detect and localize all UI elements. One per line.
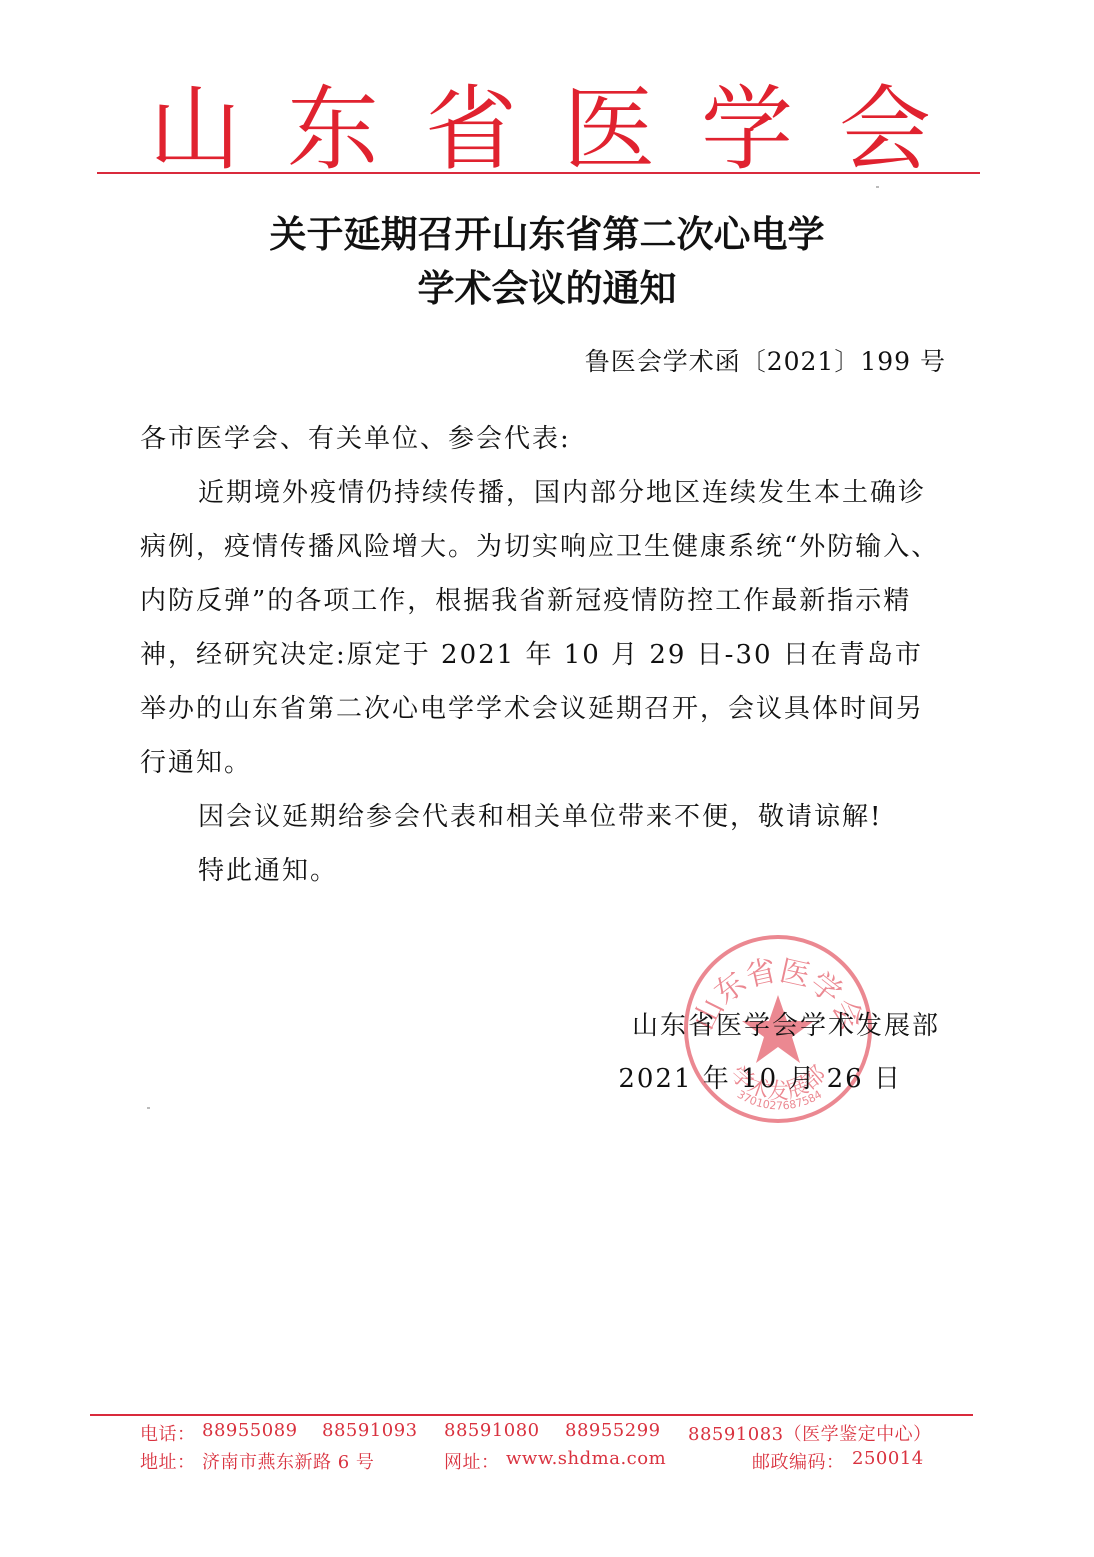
body-paragraph-main: 近期境外疫情仍持续传播，国内部分地区连续发生本土确诊病例，疫情传播风险增大。为切… (140, 466, 950, 790)
salutation-text: 各市医学会、有关单位、参会代表: (140, 412, 950, 466)
letterhead-divider (97, 172, 980, 174)
footer-phone-3: 88591080 (444, 1420, 540, 1441)
document-body: 近期境外疫情仍持续传播，国内部分地区连续发生本土确诊病例，疫情传播风险增大。为切… (140, 466, 950, 898)
letterhead-char: 医 (554, 84, 664, 176)
letterhead-char: 会 (830, 84, 940, 176)
document-number: 鲁医会学术函〔2021〕199 号 (585, 342, 946, 378)
footer-phone-1: 88955089 (202, 1420, 298, 1441)
letterhead-char: 山 (140, 84, 250, 176)
document-title-line2: 学术会议的通知 (0, 258, 1094, 312)
footer-phone-2: 88591093 (322, 1420, 418, 1441)
signature-department: 山东省医学会学术发展部 (632, 1005, 940, 1042)
body-paragraph-closing: 特此通知。 (140, 844, 950, 898)
scan-artifact (147, 1107, 150, 1109)
footer-website: www.shdma.com (506, 1448, 666, 1469)
letterhead-char: 省 (416, 84, 526, 176)
footer-website-label: 网址： (444, 1448, 500, 1474)
footer-phone-label: 电话： (140, 1420, 196, 1446)
footer-divider (90, 1414, 973, 1416)
letterhead-char: 东 (278, 84, 388, 176)
footer-postcode: 250014 (852, 1448, 924, 1469)
signature-date: 2021 年 10 月 26 日 (618, 1058, 902, 1095)
footer-postcode-label: 邮政编码： (752, 1448, 845, 1474)
body-paragraph-apology: 因会议延期给参会代表和相关单位带来不便，敬请谅解! (140, 790, 950, 844)
scan-artifact (876, 186, 879, 188)
document-title-line1: 关于延期召开山东省第二次心电学 (0, 204, 1094, 258)
letterhead-org-name: 山 东 省 医 学 会 (140, 80, 940, 180)
salutation: 各市医学会、有关单位、参会代表: (140, 412, 950, 466)
footer-phone-4: 88955299 (565, 1420, 661, 1441)
footer-address: 济南市燕东新路 6 号 (202, 1448, 374, 1474)
letterhead-char: 学 (692, 84, 802, 176)
footer-phone-5: 88591083（医学鉴定中心） (688, 1420, 932, 1446)
footer-address-label: 地址： (140, 1448, 196, 1474)
